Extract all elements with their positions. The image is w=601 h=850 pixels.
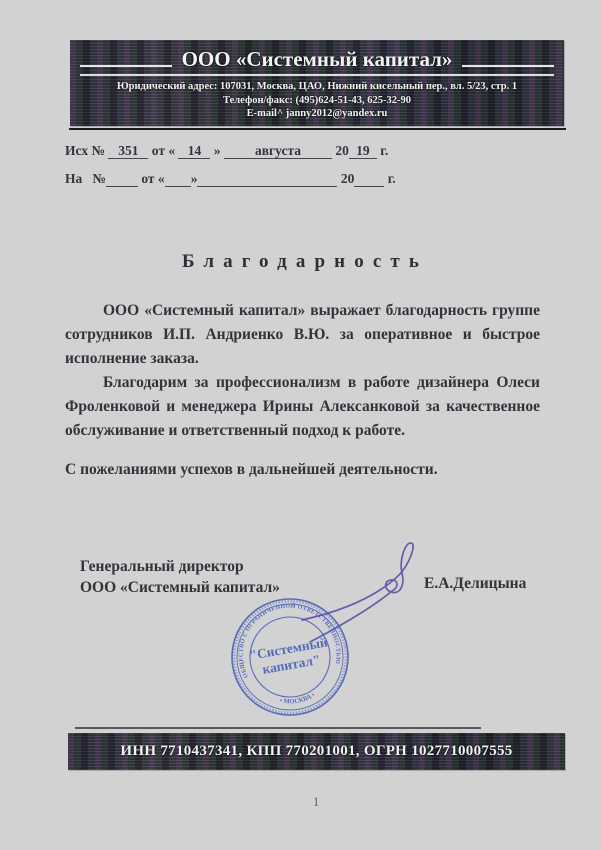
letter-title: Благодарность: [65, 251, 545, 273]
footer-banner: ИНН 7710437341, КПП 770201001, ОГРН 1027…: [68, 733, 565, 770]
ref-out-from: от «: [152, 143, 175, 158]
ref-in-label: На: [65, 171, 82, 186]
email: E-mail^ janny2012@yandex.ru: [70, 107, 564, 121]
footer-rule: [75, 727, 481, 729]
ref-out-month: августа: [224, 143, 332, 159]
ref-in-century: 20: [341, 171, 355, 186]
company-name-row: ООО «Системный капитал»: [70, 40, 564, 72]
body-paragraph-2: Благодарим за профессионализм в работе д…: [65, 371, 540, 443]
ref-out-year-suffix: г.: [380, 143, 388, 158]
decorative-line-left: [80, 65, 172, 67]
header-banner: ООО «Системный капитал» Юридический адре…: [70, 40, 564, 126]
ref-in-no: №: [92, 171, 106, 186]
ref-out-day: 14: [178, 143, 210, 159]
ref-in-day-blank: [165, 171, 191, 187]
signer-role-line1: Генеральный директор: [80, 556, 280, 577]
company-requisites: ИНН 7710437341, КПП 770201001, ОГРН 1027…: [120, 743, 512, 760]
body-paragraph-1: ООО «Системный капитал» выражает благода…: [65, 299, 540, 371]
decorative-line-right: [462, 65, 554, 67]
company-round-stamp: ОБЩЕСТВО С ОГРАНИЧЕННОЙ ОТВЕТСТВЕННОСТЬЮ…: [225, 592, 355, 722]
ref-in-year-suffix: г.: [388, 171, 396, 186]
page-number: 1: [313, 795, 319, 810]
reference-outgoing: Исх № 351 от « 14 » августа 2019 г.: [65, 143, 388, 159]
reference-incoming: На № от «» 20 г.: [65, 171, 396, 187]
ref-in-year-blank: [354, 171, 384, 187]
ref-in-number-blank: [106, 171, 138, 187]
ref-in-close-quote: »: [191, 171, 198, 186]
ref-out-close-quote: »: [214, 143, 221, 158]
ref-in-from: от «: [141, 171, 164, 186]
ref-out-label: Исх №: [65, 143, 105, 158]
company-name: ООО «Системный капитал»: [182, 47, 453, 72]
body-paragraph-3: С пожеланиями успехов в дальнейшей деяте…: [65, 458, 540, 482]
decorative-line-full: [80, 74, 554, 76]
ref-out-year: 19: [349, 143, 377, 159]
ref-out-century: 20: [335, 143, 349, 158]
phone-fax: Телефон/факс: (495)624-51-43, 625-32-90: [70, 94, 564, 108]
header-contacts: Юридический адрес: 107031, Москва, ЦАО, …: [70, 80, 564, 121]
header-rule: [69, 128, 566, 130]
scanned-letter-page: ООО «Системный капитал» Юридический адре…: [0, 0, 601, 850]
legal-address: Юридический адрес: 107031, Москва, ЦАО, …: [70, 80, 564, 94]
ref-out-number: 351: [108, 143, 148, 159]
letter-body: ООО «Системный капитал» выражает благода…: [65, 299, 540, 482]
ref-in-month-blank: [197, 171, 337, 187]
